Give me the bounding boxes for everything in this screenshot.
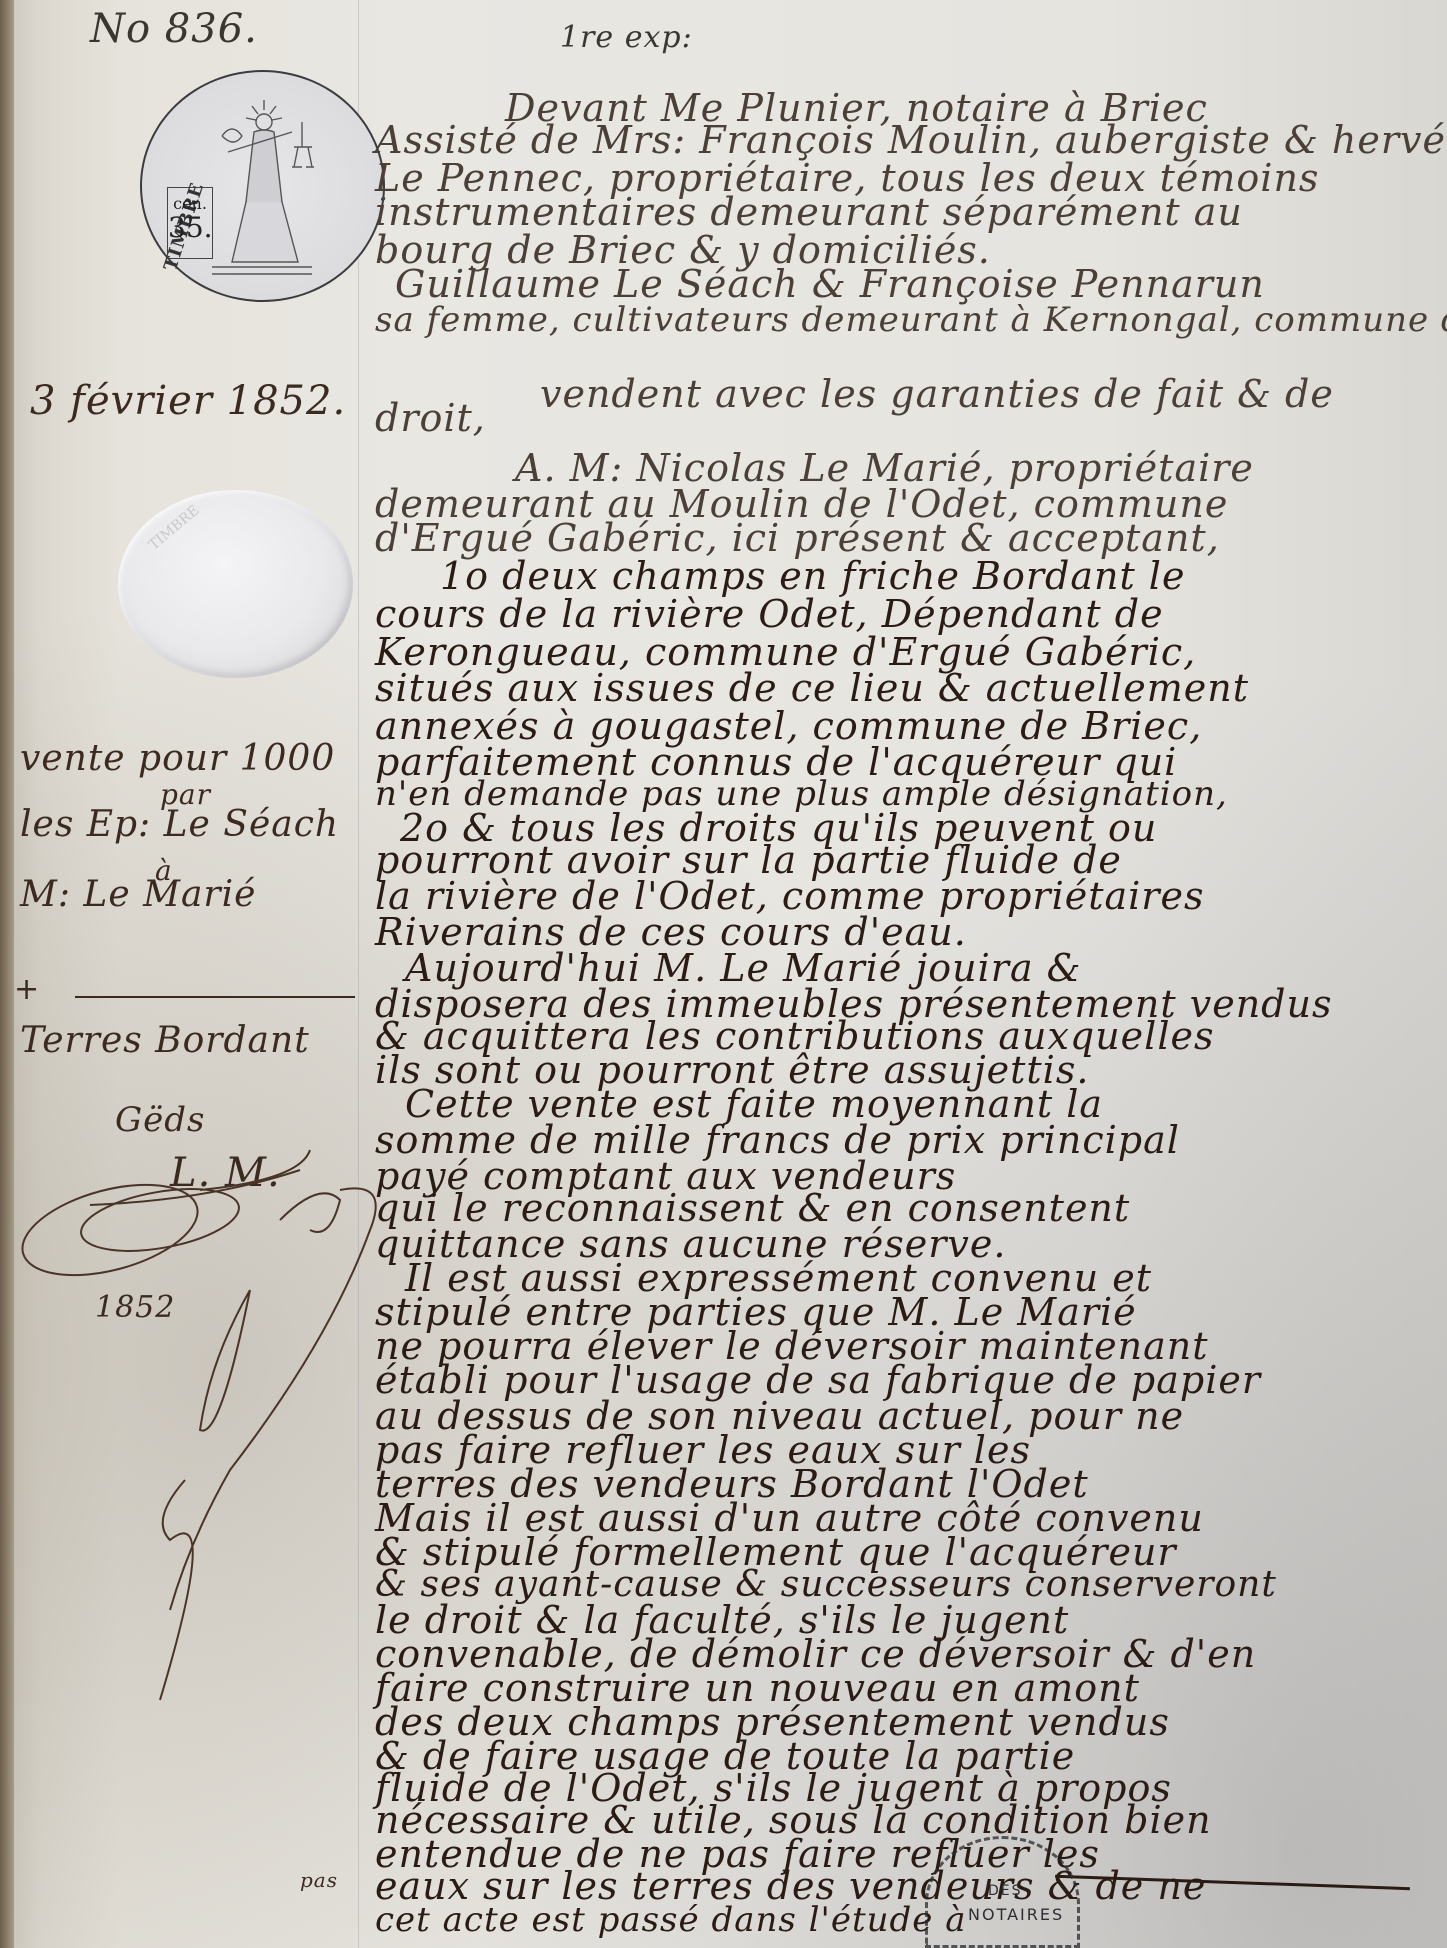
margin-date: 3 février 1852. xyxy=(30,378,346,424)
stamp-amount: 35. xyxy=(168,213,212,243)
margin-divider xyxy=(75,996,355,998)
stamp-value: cen. 35. xyxy=(167,187,213,259)
notary-stamp-des: DES xyxy=(988,1883,1023,1899)
body-line: droit, xyxy=(375,396,486,440)
margin-summary-1: vente pour 1000 xyxy=(20,738,335,779)
seated-liberty-icon xyxy=(202,92,322,282)
margin-ratification: Gëds xyxy=(115,1100,206,1140)
body-line: cet acte est passé dans l'étude à xyxy=(375,1900,967,1940)
tax-stamp: TIMBRE cen. 35. xyxy=(140,70,385,302)
embossed-label: TIMBRE xyxy=(146,503,202,554)
notary-stamp-label: NOTAIRES xyxy=(968,1905,1064,1924)
signature-paraph-icon xyxy=(10,1140,410,1860)
expedition-note: 1re exp: xyxy=(560,20,693,55)
document-page: No 836. 1re exp: TIMBRE cen. 35. TIMBRE xyxy=(0,0,1447,1948)
body-line: sa femme, cultivateurs demeurant à Kerno… xyxy=(375,300,1447,340)
body-line: vendent avec les garanties de fait & de xyxy=(540,372,1334,416)
insertion-mark: + xyxy=(14,972,39,1007)
margin-summary-3: les Ep: Le Séach xyxy=(20,804,339,845)
margin-bottom-note: pas xyxy=(300,1868,338,1892)
reference-number: No 836. xyxy=(90,6,258,52)
margin-summary-5: M: Le Marié xyxy=(20,874,256,915)
margin-terres: Terres Bordant xyxy=(20,1020,310,1061)
embossed-seal: TIMBRE xyxy=(118,490,353,678)
